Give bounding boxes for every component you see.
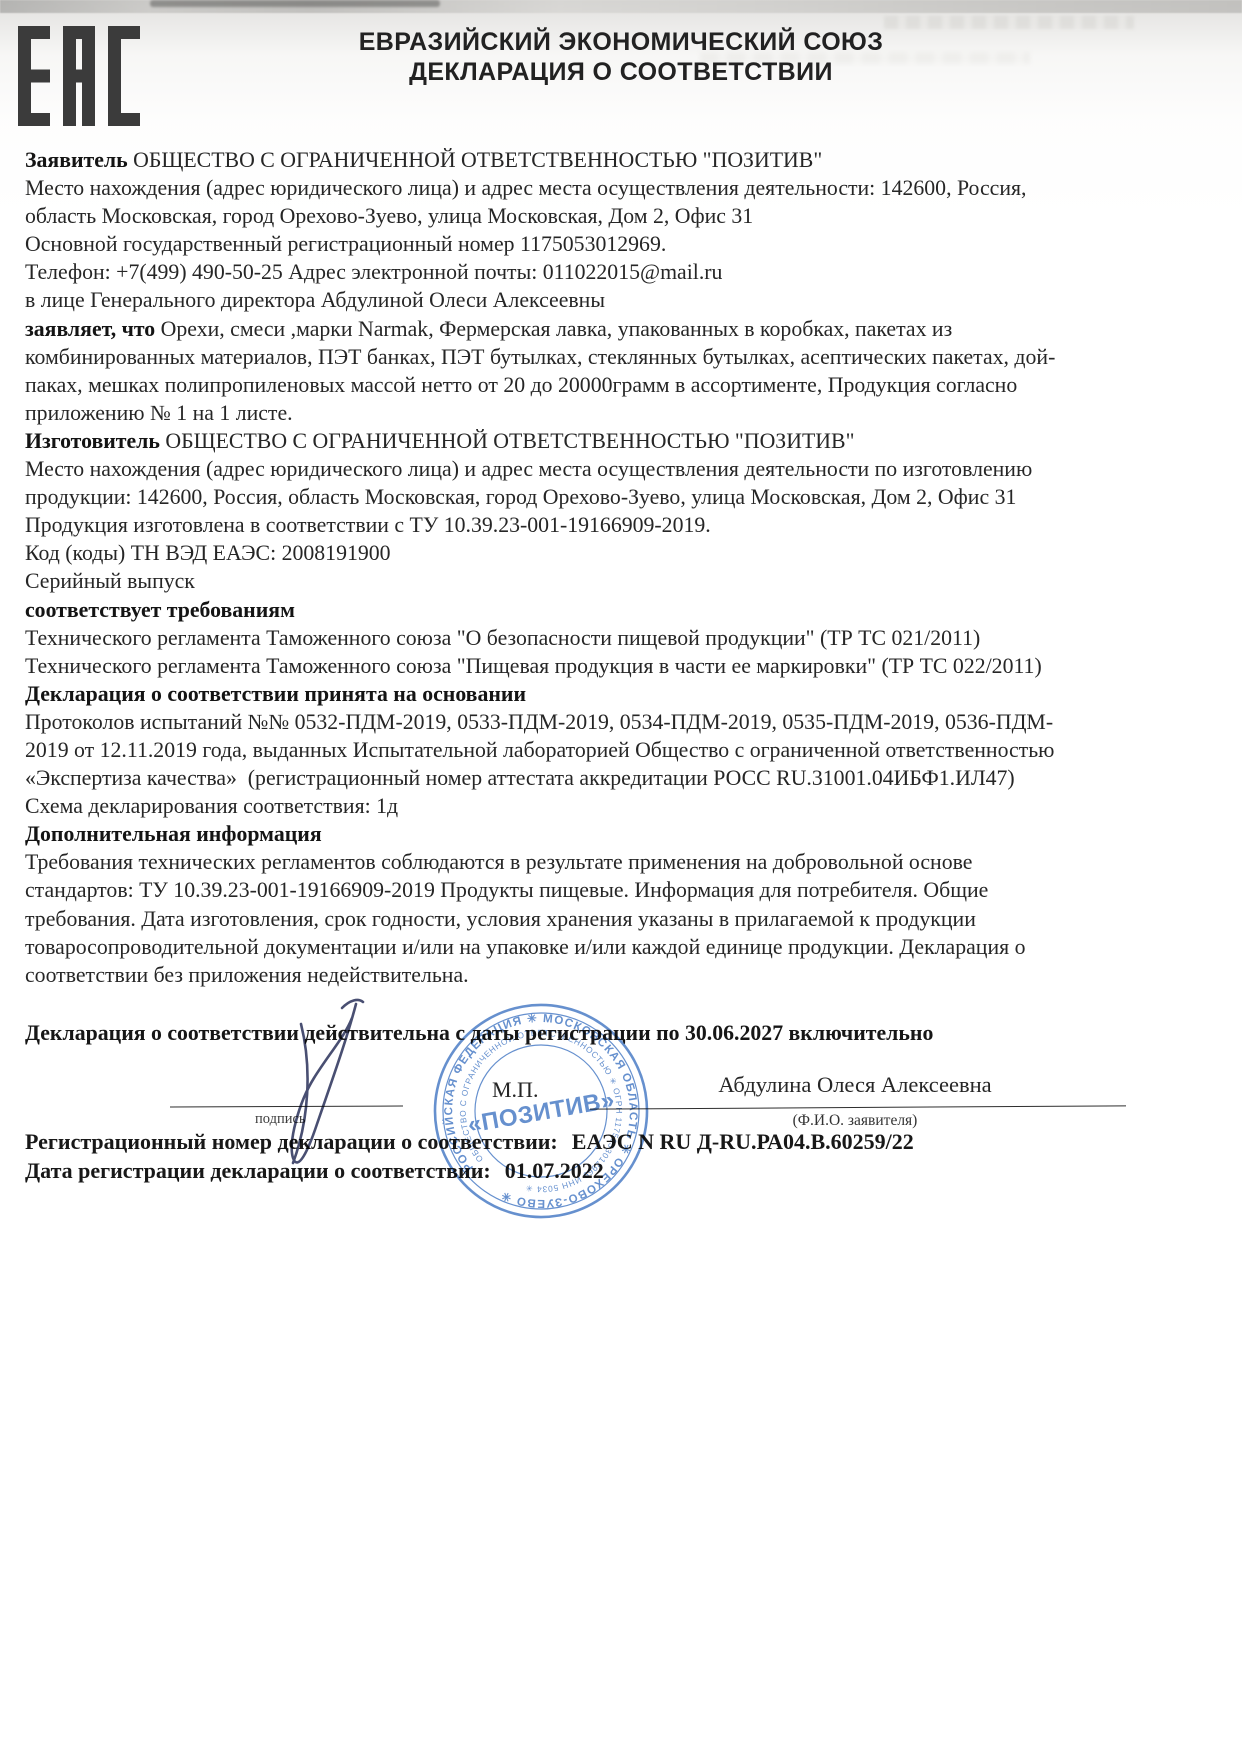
body-line: соответствует требованиям (25, 596, 1220, 624)
body-line: приложению № 1 на 1 листе. (25, 399, 1220, 427)
body-line: область Московская, город Орехово-Зуево,… (25, 202, 1220, 230)
body-line: комбинированных материалов, ПЭТ банках, … (25, 343, 1220, 371)
title-line-2: ДЕКЛАРАЦИЯ О СООТВЕТСТВИИ (0, 57, 1242, 87)
body-line: Дополнительная информация (25, 820, 1220, 848)
body-line: стандартов: ТУ 10.39.23-001-19166909-201… (25, 876, 1220, 904)
body-line: «Экспертиза качества» (регистрационный н… (25, 764, 1220, 792)
body-line: заявляет, что Орехи, смеси ,марки Narmak… (25, 315, 1220, 343)
document-title: ЕВРАЗИЙСКИЙ ЭКОНОМИЧЕСКИЙ СОЮЗ ДЕКЛАРАЦИ… (0, 27, 1242, 87)
body-line: Изготовитель ОБЩЕСТВО С ОГРАНИЧЕННОЙ ОТВ… (25, 427, 1220, 455)
body-line: Телефон: +7(499) 490-50-25 Адрес электро… (25, 258, 1220, 286)
body-line: в лице Генерального директора Абдулиной … (25, 286, 1220, 314)
title-line-1: ЕВРАЗИЙСКИЙ ЭКОНОМИЧЕСКИЙ СОЮЗ (0, 27, 1242, 57)
body-line: Код (коды) ТН ВЭД ЕАЭС: 2008191900 (25, 539, 1220, 567)
declaration-page: ЕВРАЗИЙСКИЙ ЭКОНОМИЧЕСКИЙ СОЮЗ ДЕКЛАРАЦИ… (0, 0, 1242, 1755)
body-line: Серийный выпуск (25, 567, 1220, 595)
company-stamp: РОССИЙСКАЯ ФЕДЕРАЦИЯ ✳ МОСКОВСКАЯ ОБЛАСТ… (414, 984, 669, 1239)
body-line: требования. Дата изготовления, срок годн… (25, 905, 1220, 933)
stamp-center-text: «ПОЗИТИВ» (466, 1086, 617, 1138)
body-lines: Заявитель ОБЩЕСТВО С ОГРАНИЧЕННОЙ ОТВЕТС… (25, 146, 1220, 989)
body-line: паках, мешках полипропиленовых массой не… (25, 371, 1220, 399)
name-line (590, 1105, 1126, 1109)
body-line: Протоколов испытаний №№ 0532-ПДМ-2019, 0… (25, 708, 1220, 736)
body-line: Требования технических регламентов соблю… (25, 848, 1220, 876)
body-line: продукции: 142600, Россия, область Моско… (25, 483, 1220, 511)
body-line: Декларация о соответствии принята на осн… (25, 680, 1220, 708)
body-line: Место нахождения (адрес юридического лиц… (25, 455, 1220, 483)
body-line: товаросопроводительной документации и/ил… (25, 933, 1220, 961)
body-line: Продукция изготовлена в соответствии с Т… (25, 511, 1220, 539)
body-line: Технического регламента Таможенного союз… (25, 652, 1220, 680)
body-line: Схема декларирования соответствия: 1д (25, 792, 1220, 820)
body-line: Основной государственный регистрационный… (25, 230, 1220, 258)
scan-smudge-artifact (150, 0, 440, 7)
handwritten-signature (200, 985, 460, 1185)
body-line: 2019 от 12.11.2019 года, выданных Испыта… (25, 736, 1220, 764)
signer-name: Абдулина Олеся Алексеевна (640, 1072, 1070, 1098)
body-line: Технического регламента Таможенного союз… (25, 624, 1220, 652)
body-line: Место нахождения (адрес юридического лиц… (25, 174, 1220, 202)
fio-caption: (Ф.И.О. заявителя) (735, 1112, 975, 1130)
body-line: Заявитель ОБЩЕСТВО С ОГРАНИЧЕННОЙ ОТВЕТС… (25, 146, 1220, 174)
